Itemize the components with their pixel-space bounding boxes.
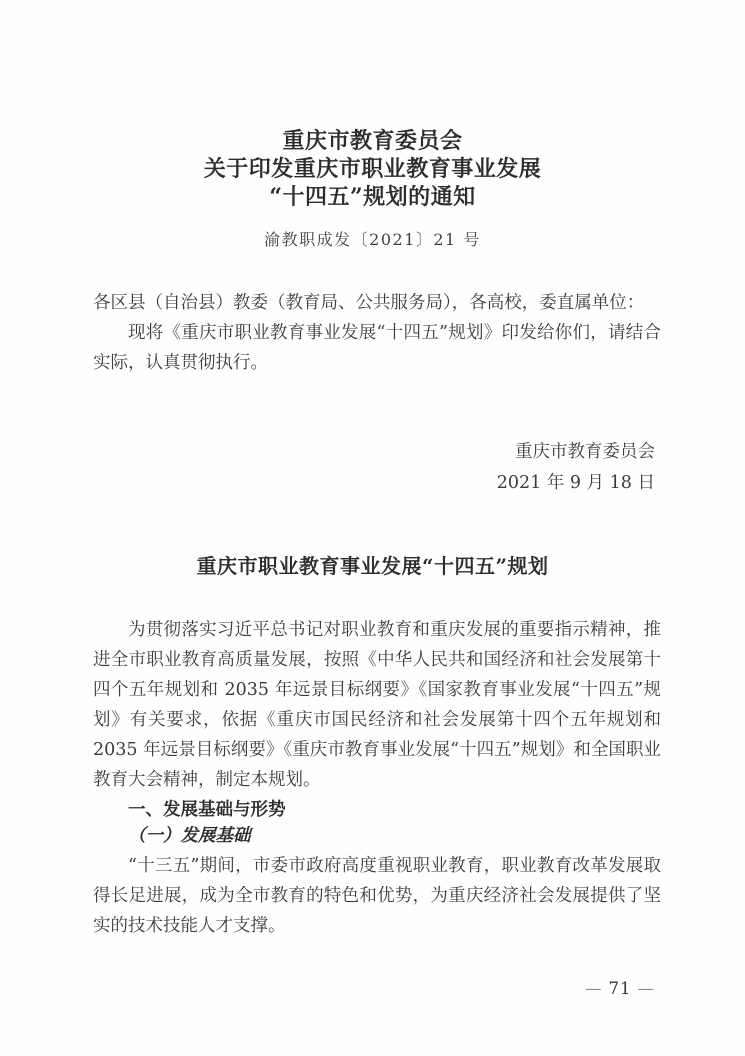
section-1-1-heading: （一）发展基础 [93,823,661,849]
page-number-value: 71 [603,979,638,998]
page-number: —71— [585,979,655,998]
signature-organization: 重庆市教育委员会 [0,437,655,468]
section-1-heading: 一、发展基础与形势 [93,797,661,823]
notice-body-block: 各区县（自治县）教委（教育局、公共服务局），各高校，委直属单位： 现将《重庆市职… [93,288,661,378]
document-page: 重庆市教育委员会 关于印发重庆市职业教育事业发展 “十四五”规划的通知 渝教职成… [0,0,745,1056]
notice-title-line1: 重庆市教育委员会 [0,127,745,155]
notice-title: 重庆市教育委员会 关于印发重庆市职业教育事业发展 “十四五”规划的通知 [0,127,745,211]
notice-title-line3: “十四五”规划的通知 [0,183,745,211]
page-number-dash-right: — [638,979,656,998]
plan-intro-paragraph: 为贯彻落实习近平总书记对职业教育和重庆发展的重要指示精神，推进全市职业教育高质量… [93,615,661,795]
page-number-dash-left: — [585,979,603,998]
signature-date: 2021 年 9 月 18 日 [0,468,655,499]
document-reference-number: 渝教职成发〔2021〕21 号 [0,227,745,250]
notice-title-line2: 关于印发重庆市职业教育事业发展 [0,155,745,183]
section-1-1-paragraph: “十三五”期间，市委市政府高度重视职业教育，职业教育改革发展取得长足进展，成为全… [93,851,661,941]
addressee-line: 各区县（自治县）教委（教育局、公共服务局），各高校，委直属单位： [93,288,661,318]
notice-paragraph: 现将《重庆市职业教育事业发展“十四五”规划》印发给你们，请结合实际，认真贯彻执行… [93,318,661,378]
plan-title: 重庆市职业教育事业发展“十四五”规划 [0,552,745,580]
signature-block: 重庆市教育委员会 2021 年 9 月 18 日 [0,437,655,499]
